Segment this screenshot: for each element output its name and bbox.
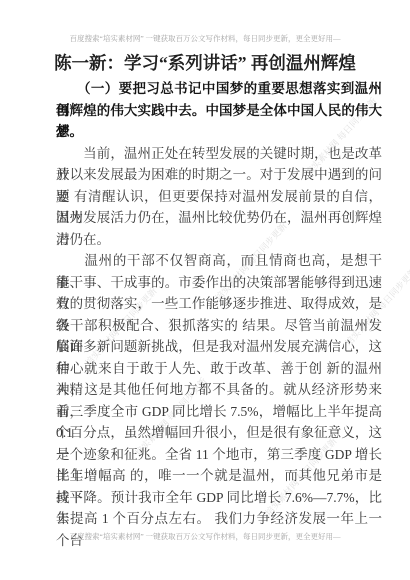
document-body: （一）要把习总书记中国梦的重要思想落实到温州再创辉煌的伟大实践中去。中国梦是全体… [56,78,382,530]
header-watermark: 百度搜索“培实素材网” 一键获取百万公文写作材料，每日同步更新，更全更好用— [0,33,410,44]
text-line: 个百分点，虽然增幅回升很小，但是很有象征意义，这是 [56,422,382,444]
text-line: 神，这是其他任何地方都不具备的。就从经济形势来看， [56,379,382,401]
text-line: 力仍在。 [56,229,382,251]
text-line: 想。 [56,121,382,143]
text-line: 放以来发展最为困难的时期之一。对于发展中遇到的问题 [56,164,382,186]
paragraph: 当前，温州正处在转型发展的关键时期，也是改革开放以来发展最为困难的时期之一。对于… [56,143,382,251]
text-line: 温州发展活力仍在，温州比较优势仍在，温州再创辉煌潜 [56,207,382,229]
footer-watermark: 百度搜索“培实素材网” 一键获取百万公文写作材料，每日同步更新，更全更好用— [0,531,410,542]
text-line: 效的贯彻落实，一些工作能够逐步推进、取得成效，是各 [56,293,382,315]
text-line: 半年增幅高 的，唯一一个就是温州，而其他兄弟市是持平 [56,465,382,487]
paragraph: （一）要把习总书记中国梦的重要思想落实到温州再创辉煌的伟大实践中去。中国梦是全体… [56,78,382,143]
text-line: 信心就来自于敢于人先、敢于改革、善于创 新的温州人精 [56,358,382,380]
text-line: 当前，温州正处在转型发展的关键时期，也是改革开 [56,143,382,165]
text-line: 级干部积极配合、狠抓落实的 结果。尽管当前温州发展面 [56,315,382,337]
text-line: 一个迹象和征兆。全省 11 个地市，第三季度 GDP 增长比上 [56,444,382,466]
text-line: 或下降。预计我市全年 GDP 同比增长 7.6%—7.7%，比去 [56,487,382,509]
text-line: 能干事、干成事的。市委作出的决策部署能够得到迅速有 [56,272,382,294]
page-title: 陈一新：学习“系列讲话” 再创温州辉煌 [0,50,410,75]
text-line: 要 有清醒认识，但更要保持对温州发展前景的自信，因为 [56,186,382,208]
text-line: 温州的干部不仅智商高，而且情商也高，是想干事、 [56,250,382,272]
text-line: 前三季度全市 GDP 同比增长 7.5%，增幅比上半年提高 0.1 [56,401,382,423]
text-line: （一）要把习总书记中国梦的重要思想落实到温州再 [56,78,382,100]
paragraph: 温州的干部不仅智商高，而且情商也高，是想干事、能干事、干成事的。市委作出的决策部… [56,250,382,530]
text-line: 年提高 1 个百分点左右。 我们力争经济发展一年上一个台 [56,508,382,530]
text-line: 创辉煌的伟大实践中去。中国梦是全体中国人民的伟大梦 [56,100,382,122]
text-line: 临许多新问题新挑战，但是我对温州发展充满信心，这种 [56,336,382,358]
document-page: 百度搜索“培实素材网” 一键获取百万公文写作材料，每日同步更新，更全更好用— 陈… [0,0,410,580]
